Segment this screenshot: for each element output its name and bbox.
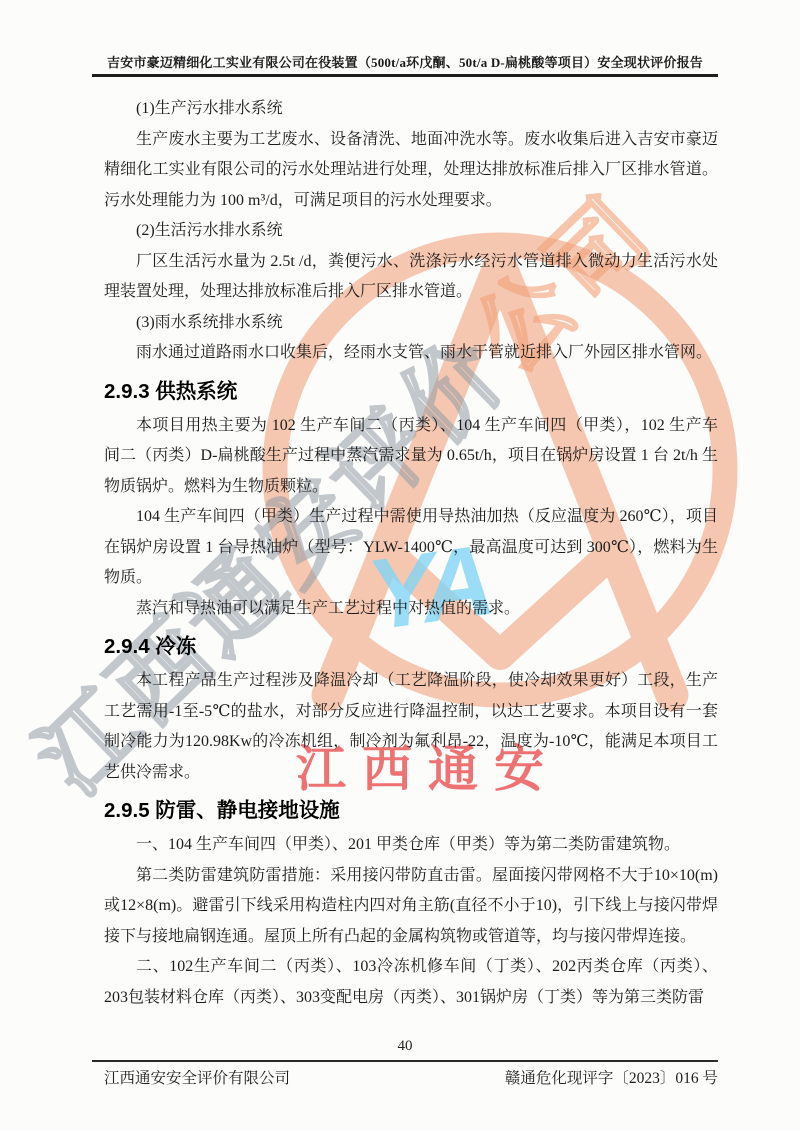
report-page: 江西通安评价公司 YA 江西通安 吉安市豪迈精细化工实业有限公司在役装置（500… — [0, 0, 800, 1131]
paragraph: 生产废水主要为工艺废水、设备清洗、地面冲洗水等。废水收集后进入吉安市豪迈精细化工… — [104, 125, 718, 217]
paragraph: (3)雨水系统排水系统 — [104, 308, 718, 339]
paragraph: 厂区生活污水量为 2.5t /d，粪便污水、洗涤污水经污水管道排入微动力生活污水… — [104, 247, 718, 308]
paragraph: 第二类防雷建筑防雷措施：采用接闪带防直击雷。屋面接闪带网格不大于10×10(m)… — [104, 861, 718, 953]
section-heading: 2.9.4 冷冻 — [104, 631, 718, 663]
paragraph: 本工程产品生产过程涉及降温冷却（工艺降温阶段，使冷却效果更好）工段，生产工艺需用… — [104, 666, 718, 788]
footer-rule — [92, 1060, 718, 1062]
paragraph: 一、104 生产车间四（甲类）、201 甲类仓库（甲类）等为第二类防雷建筑物。 — [104, 830, 718, 861]
footer-page-number: 40 — [92, 1038, 718, 1055]
footer-company: 江西通安安全评价有限公司 — [104, 1066, 290, 1088]
paragraph: 雨水通过道路雨水口收集后，经雨水支管、雨水干管就近排入厂外园区排水管网。 — [104, 338, 718, 369]
header-rule — [92, 74, 718, 77]
paragraph: 104 生产车间四（甲类）生产过程中需使用导热油加热（反应温度为 260℃），项… — [104, 502, 718, 594]
section-heading: 2.9.5 防雷、静电接地设施 — [104, 795, 718, 827]
section-heading: 2.9.3 供热系统 — [104, 376, 718, 408]
paragraph: (1)生产污水排水系统 — [104, 94, 718, 125]
paragraph: 蒸汽和导热油可以满足生产工艺过程中对热值的需求。 — [104, 594, 718, 625]
paragraph: 二、102生产车间二（丙类）、103冷冻机修车间（丁类）、202丙类仓库（丙类）… — [104, 952, 718, 1013]
page-header-title: 吉安市豪迈精细化工实业有限公司在役装置（500t/a环戊酮、50t/a D-扁桃… — [92, 52, 718, 71]
document-body: (1)生产污水排水系统 生产废水主要为工艺废水、设备清洗、地面冲洗水等。废水收集… — [104, 94, 718, 1013]
paragraph: (2)生活污水排水系统 — [104, 216, 718, 247]
paragraph: 本项目用热主要为 102 生产车间二（丙类）、104 生产车间四（甲类），102… — [104, 411, 718, 503]
footer: 江西通安安全评价有限公司 赣通危化现评字〔2023〕016 号 — [104, 1066, 718, 1088]
footer-doc-number: 赣通危化现评字〔2023〕016 号 — [505, 1066, 718, 1088]
